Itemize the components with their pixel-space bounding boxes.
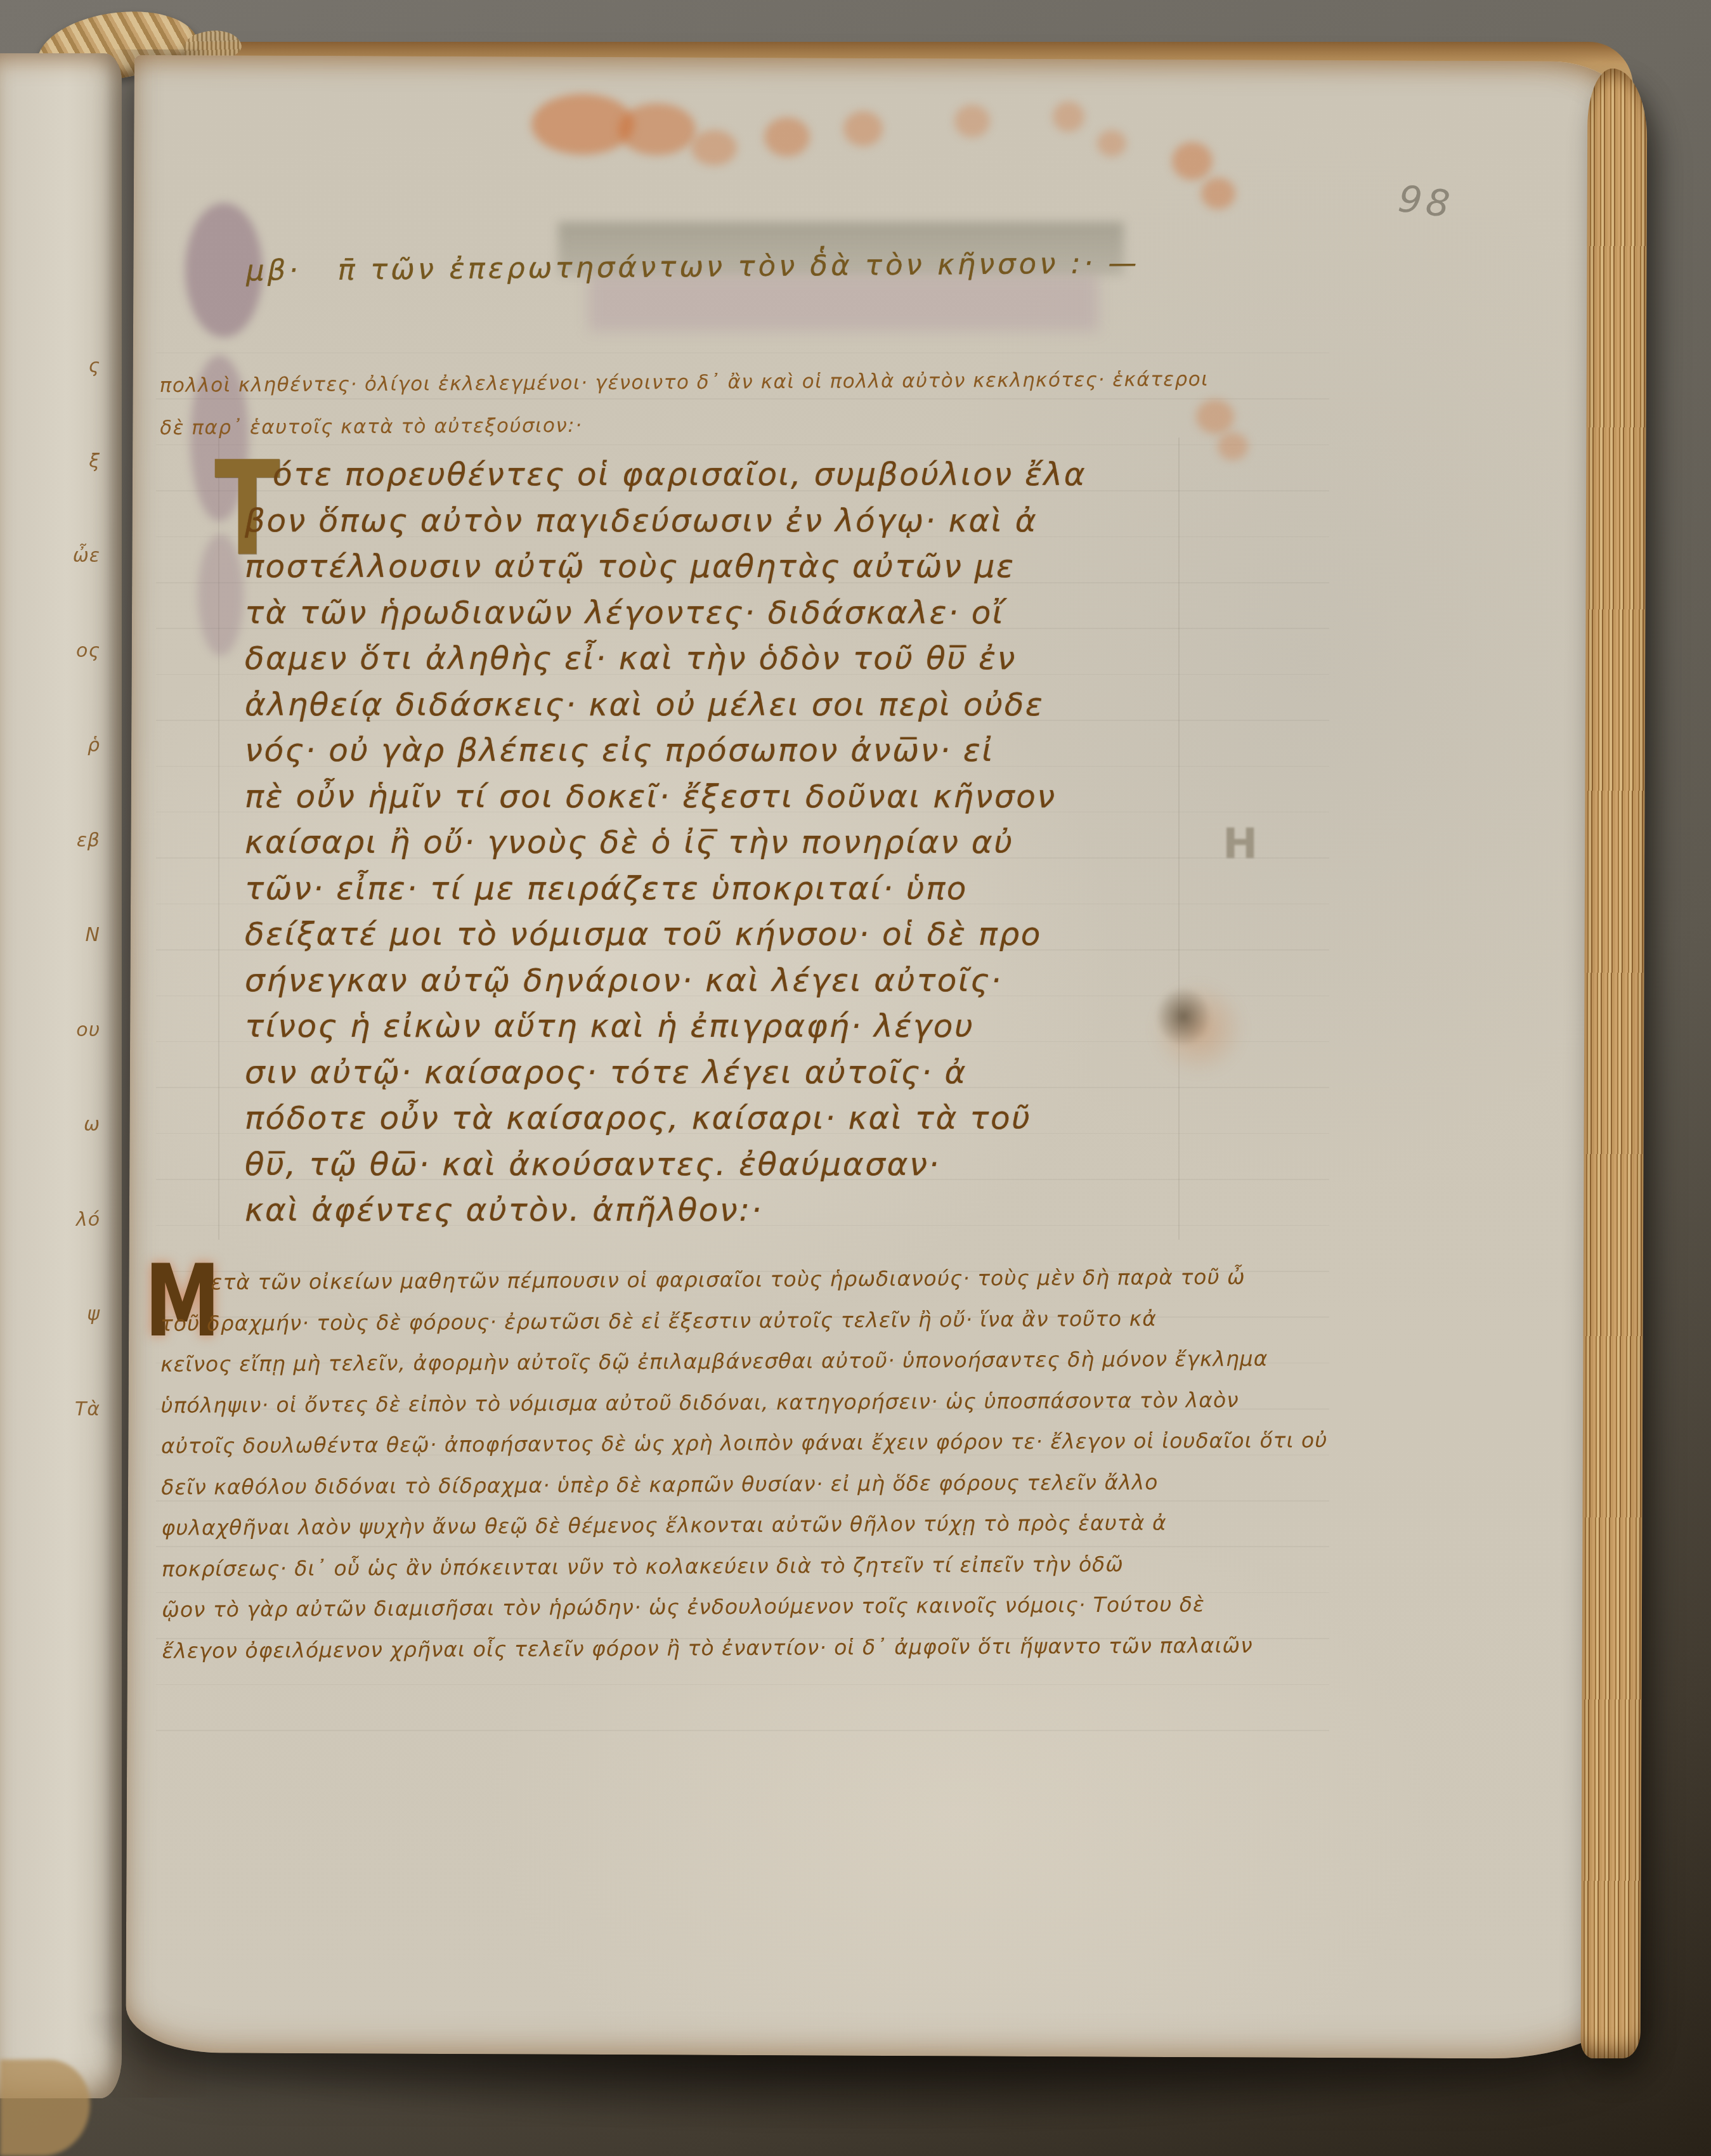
gospel-line: δείξατέ μοι τὸ νόμισμα τοῦ κήνσου· οἱ δὲ…: [245, 911, 1086, 958]
gospel-line: σήνεγκαν αὐτῷ δηνάριον· καὶ λέγει αὐτοῖς…: [245, 958, 1086, 1004]
orange-offset-stain: [691, 130, 737, 166]
commentary-line: ἔλεγον ὀφειλόμενον χρῆναι οἷς τελεῖν φόρ…: [162, 1625, 1329, 1672]
scholion-line: πολλοὶ κληθέντες· ὀλίγοι ἐκλελεγμένοι· γ…: [160, 358, 1209, 407]
gospel-line: τὰ τῶν ἡρωδιανῶν λέγοντες· διδάσκαλε· οἴ: [245, 590, 1086, 636]
gospel-line: τῶν· εἶπε· τί με πειράζετε ὑποκριταί· ὑπ…: [245, 866, 1086, 912]
chapter-number: μβ·: [246, 253, 301, 287]
gospel-line: θυ̅, τῷ θω̅· καὶ ἀκούσαντες. ἐθαύμασαν·: [245, 1141, 1086, 1188]
manuscript-photo: ς ξ ὦε ος ῥ εβ Ν ου ω λό ψ Τὰ: [0, 0, 1711, 2156]
page-content: Η 98 μβ· π̄ τῶν ἐπερωτησάντων τὸν δ̔ὰ τὸ…: [0, 0, 1711, 2156]
commentary-block: ετὰ τῶν οἰκείων μαθητῶν πέμπουσιν οἱ φαρ…: [160, 1256, 1329, 1672]
gospel-line: ἀληθείᾳ διδάσκεις· καὶ οὐ μέλει σοι περὶ…: [245, 682, 1086, 728]
orange-offset-stain: [1172, 142, 1213, 180]
folio-number-pencil: 98: [1396, 177, 1456, 226]
show-through-letter: Η: [1223, 819, 1258, 868]
gospel-line: πόδοτε οὖν τὰ καίσαρος, καίσαρι· καὶ τὰ …: [245, 1095, 1086, 1141]
scholion-block: πολλοὶ κληθέντες· ὀλίγοι ἐκλελεγμένοι· γ…: [160, 358, 1209, 450]
orange-offset-stain: [1097, 130, 1126, 157]
gospel-line: νός· οὐ γὰρ βλέπεις εἰς πρόσωπον ἀνω̅ν· …: [245, 727, 1086, 774]
commentary-line: ποκρίσεως· δι᾽ οὗ ὡς ἂν ὑπόκεινται νῦν τ…: [162, 1543, 1329, 1590]
gospel-line: πὲ οὖν ἡμῖν τί σοι δοκεῖ· ἔξεστι δοῦναι …: [245, 774, 1086, 820]
ruling-vertical-right: [1178, 438, 1180, 1240]
gospel-text-block: ότε πορευθέντες οἱ φαρισαῖοι, συμβούλιον…: [245, 451, 1086, 1233]
orange-offset-stain: [764, 117, 810, 157]
chapter-title: π̄ τῶν ἐπερωτησάντων τὸν δ̔ὰ τὸν κῆνσον …: [337, 246, 1140, 287]
orange-offset-stain: [1218, 432, 1248, 460]
scholion-line: δὲ παρ᾽ ἑαυτοῖς κατὰ τὸ αὐτεξούσιον:·: [160, 401, 1209, 450]
commentary-line: κεῖνος εἴπῃ μὴ τελεῖν, ἀφορμὴν αὐτοῖς δῷ…: [160, 1338, 1327, 1385]
gospel-line: ότε πορευθέντες οἱ φαρισαῖοι, συμβούλιον…: [245, 451, 1086, 498]
gospel-line: βον ὅπως αὐτὸν παγιδεύσωσιν ἐν λόγῳ· καὶ…: [245, 498, 1086, 544]
commentary-line: ὑπόληψιν· οἱ ὄντες δὲ εἰπὸν τὸ νόμισμα α…: [160, 1379, 1327, 1426]
gospel-line: σιν αὐτῷ· καίσαρος· τότε λέγει αὐτοῖς· ἀ: [245, 1049, 1086, 1096]
commentary-line: δεῖν καθόλου διδόναι τὸ δίδραχμα· ὑπὲρ δ…: [161, 1461, 1328, 1508]
gospel-line: καὶ ἀφέντες αὐτὸν. ἀπῆλθον:·: [245, 1187, 1086, 1233]
gospel-line: καίσαρι ἢ οὔ· γνοὺς δὲ ὁ ἰς̅ τὴν πονηρία…: [245, 819, 1086, 866]
dark-ink-blot: [1155, 987, 1211, 1046]
orange-offset-stain: [843, 111, 883, 146]
orange-offset-stain: [1053, 101, 1084, 132]
orange-offset-stain: [1201, 178, 1235, 209]
gospel-line: δαμεν ὅτι ἀληθὴς εἶ· καὶ τὴν ὁδὸν τοῦ θυ…: [245, 635, 1086, 682]
commentary-line: ετὰ τῶν οἰκείων μαθητῶν πέμπουσιν οἱ φαρ…: [160, 1256, 1327, 1303]
commentary-line: φυλαχθῆναι λαὸν ψυχὴν ἄνω θεῷ δὲ θέμενος…: [161, 1502, 1328, 1549]
commentary-line: τοῦ δραχμήν· τοὺς δὲ φόρους· ἐρωτῶσι δὲ …: [160, 1297, 1327, 1344]
orange-offset-stain: [618, 103, 696, 155]
gospel-line: ποστέλλουσιν αὐτῷ τοὺς μαθητὰς αὐτῶν με: [245, 543, 1086, 590]
commentary-line: ῷον τὸ γὰρ αὐτῶν διαμισῆσαι τὸν ἡρώδην· …: [162, 1583, 1329, 1630]
commentary-line: αὐτοῖς δουλωθέντα θεῷ· ἀποφήσαντος δὲ ὡς…: [161, 1420, 1328, 1467]
orange-offset-stain: [954, 105, 990, 138]
gospel-line: τίνος ἡ εἰκὼν αὕτη καὶ ἡ ἐπιγραφή· λέγου: [245, 1003, 1086, 1049]
